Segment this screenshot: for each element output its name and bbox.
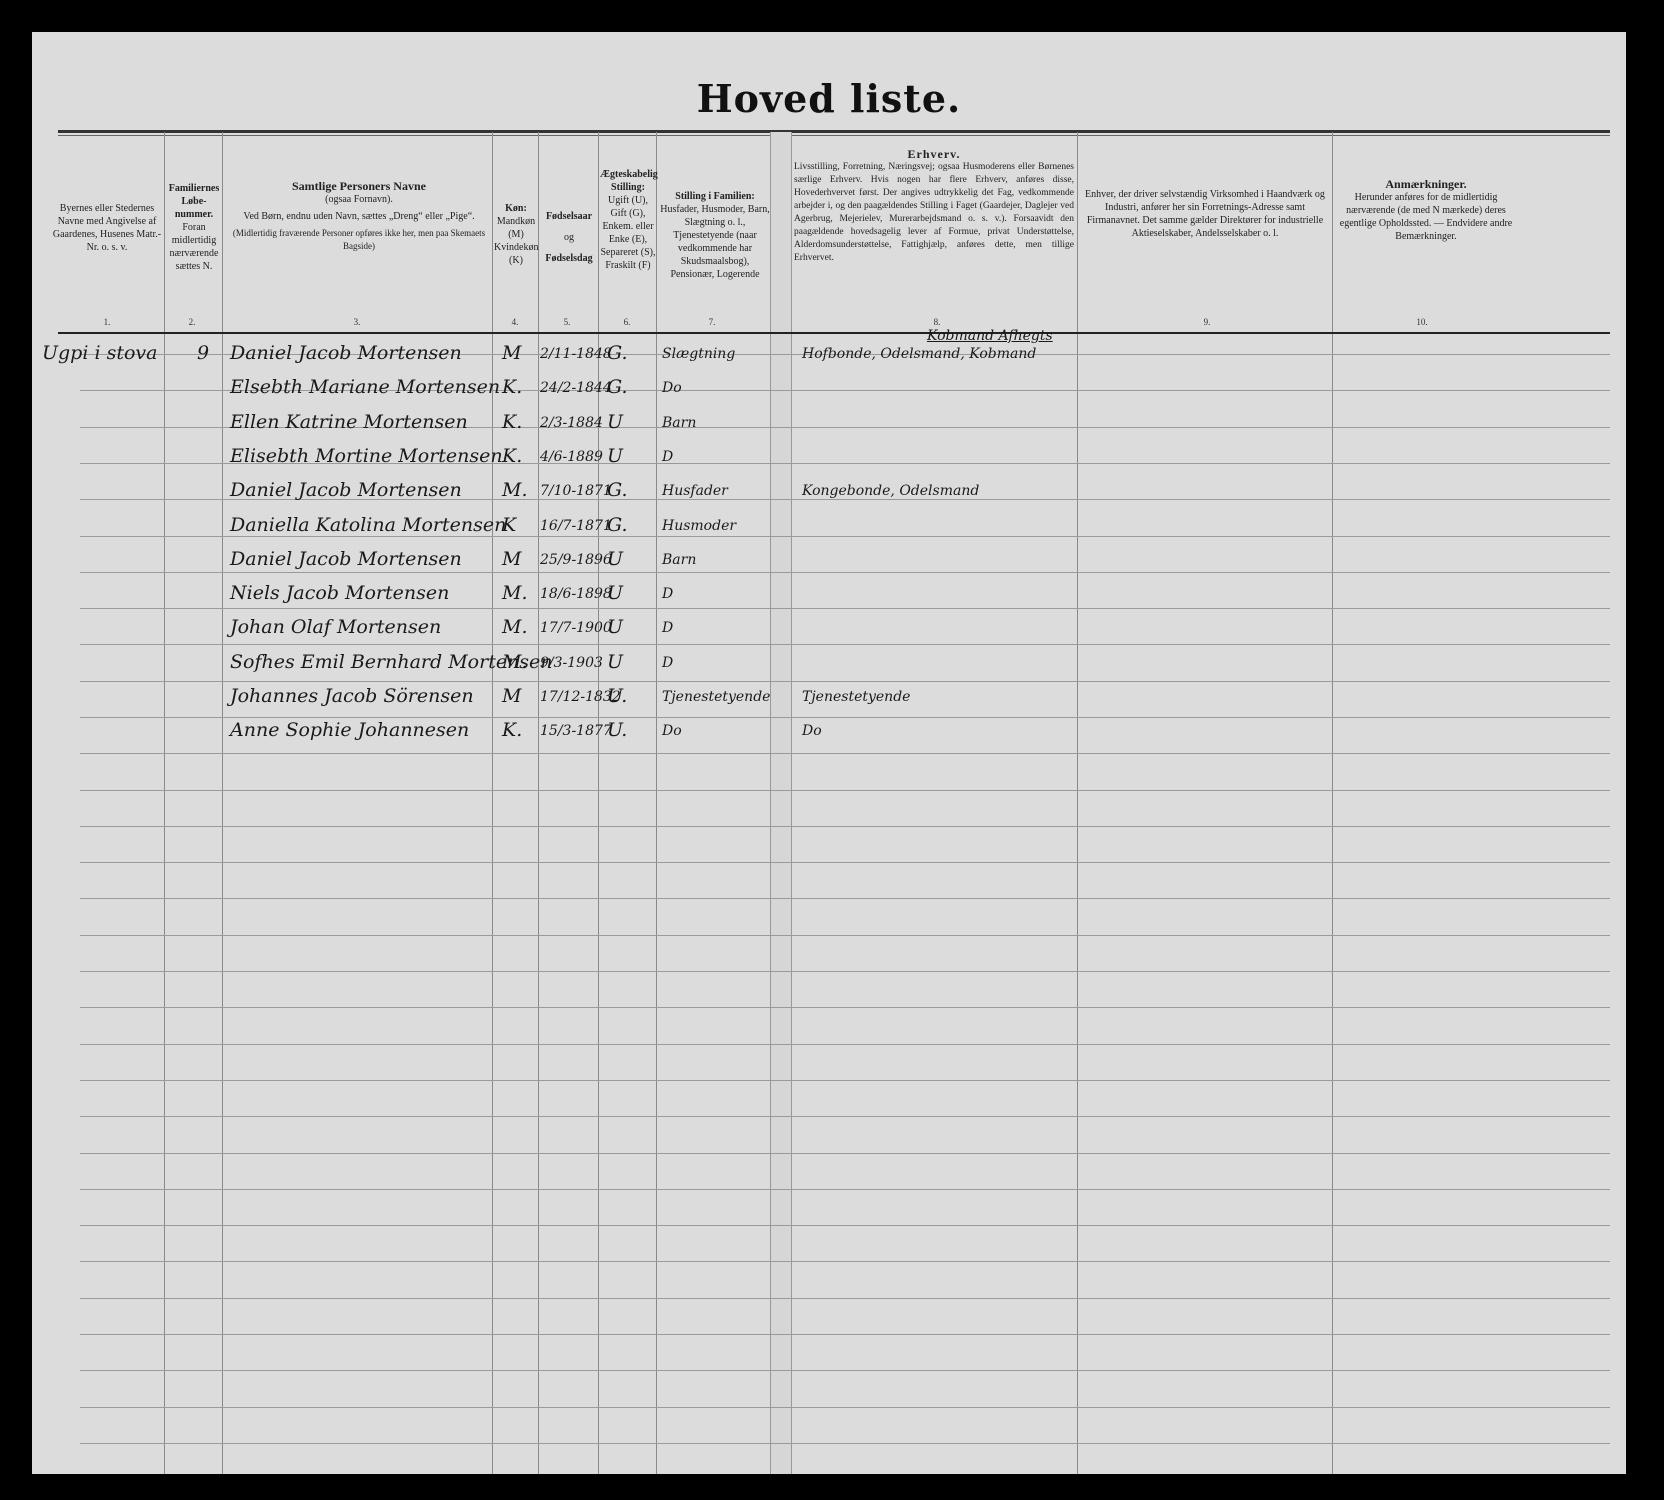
occupation: Tjenestetyende [802,689,910,705]
column-header-10: Anmærkninger. Herunder anføres for de mi… [1336,178,1516,243]
birth-date: 17/7-1900 [540,620,612,636]
sex: K. [502,445,522,467]
marital-status: U [607,445,623,467]
column-number: 7. [697,317,727,327]
row-rule [80,1225,1610,1226]
header-text: Foran midlertidig nærværende sættes N. [166,221,222,273]
sex: K [502,514,516,536]
row-rule [80,681,1610,682]
marital-status: G. [607,479,628,501]
place-name: Ugpi i stova [42,342,157,364]
family-role: D [662,449,673,465]
sex: M. [502,479,528,501]
column-number: 5. [552,317,582,327]
person-name: Daniel Jacob Mortensen [230,342,462,364]
birth-date: 16/7-1871 [540,518,612,534]
column-header-9: Enhver, der driver selvstændig Virksomhe… [1082,188,1328,240]
header-bold: Samtlige Personers Navne [228,180,490,193]
row-rule [80,644,1610,645]
top-rule [58,130,1610,133]
sex: M. [502,651,528,673]
birth-date: 2/11-1848 [540,346,612,362]
person-name: Daniel Jacob Mortensen [230,479,462,501]
row-rule [80,935,1610,936]
person-name: Johannes Jacob Sörensen [230,685,474,707]
column-header-3: Samtlige Personers Navne (ogsaa Fornavn)… [228,180,490,253]
row-rule [80,572,1610,573]
column-number: 9. [1192,317,1222,327]
header-text: Mandkøn (M) Kvindekøn (K) [494,215,538,267]
marital-status: U [607,582,623,604]
header-bold: Ægteskabelig Stilling: [600,168,656,194]
row-rule [80,898,1610,899]
birth-date: 9/3-1903 [540,655,603,671]
row-rule [80,536,1610,537]
occupation: Kongebonde, Odelsmand [802,483,979,499]
row-rule [80,1080,1610,1081]
birth-date: 25/9-1896 [540,552,612,568]
family-role: D [662,655,673,671]
marital-status: U [607,616,623,638]
row-rule [80,608,1610,609]
row-rule [80,971,1610,972]
row-rule [80,1116,1610,1117]
family-role: Tjenestetyende [662,689,770,705]
marital-status: G. [607,342,628,364]
sex: M [502,548,521,570]
header-rule [58,332,1610,334]
column-header-2: Familiernes Løbe-nummer. Foran midlertid… [166,182,222,273]
birth-date: 15/3-1877 [540,723,612,739]
header-text: Ved Børn, endnu uden Navn, sættes „Dreng… [228,210,490,223]
row-rule [80,862,1610,863]
row-rule [80,1298,1610,1299]
birth-date: 2/3-1884 [540,415,603,431]
marital-status: G. [607,514,628,536]
column-number: 3. [342,317,372,327]
header-text: Herunder anføres for de midlertidig nærv… [1336,191,1516,243]
family-role: Do [662,723,682,739]
header-text: Fødselsdag [540,252,598,265]
sex: M. [502,582,528,604]
person-name: Daniella Katolina Mortensen [230,514,506,536]
row-rule [80,790,1610,791]
header-bold: Anmærkninger. [1336,178,1516,191]
header-bold: Stilling i Familien: [658,190,772,203]
person-name: Daniel Jacob Mortensen [230,548,462,570]
birth-date: 4/6-1889 [540,449,603,465]
row-rule [80,1370,1610,1371]
family-role: D [662,620,673,636]
birth-date: 24/2-1844 [540,380,612,396]
person-name: Johan Olaf Mortensen [230,616,441,638]
sex: M. [502,616,528,638]
sex: K. [502,411,522,433]
person-name: Niels Jacob Mortensen [230,582,449,604]
birth-date: 7/10-1871 [540,483,612,499]
column-number: 2. [177,317,207,327]
header-bold: Køn: [494,202,538,215]
column-header-1: Byernes eller Stedernes Navne med Angive… [52,202,162,254]
sex: K. [502,376,522,398]
marital-status: G. [607,376,628,398]
row-rule [80,717,1610,718]
column-number: 4. [500,317,530,327]
column-number: 1. [92,317,122,327]
occupation-annotation: Kobmand Afhegts [927,328,1053,344]
header-text: Husfader, Husmoder, Barn, Slægtning o. l… [658,203,772,281]
occupation: Hofbonde, Odelsmand, Kobmand [802,346,1036,362]
page-title: Hoved liste. [32,76,1626,121]
family-role: Barn [662,415,696,431]
row-rule [80,1007,1610,1008]
sex: K. [502,719,522,741]
top-rule-thin [58,135,1610,136]
family-role: Husfader [662,483,728,499]
marital-status: U [607,651,623,673]
row-rule [80,1153,1610,1154]
column-header-7: Stilling i Familien: Husfader, Husmoder,… [658,190,772,281]
row-rule [80,826,1610,827]
family-role: Slægtning [662,346,735,362]
occupation: Do [802,723,822,739]
column-number: 6. [612,317,642,327]
family-role: Husmoder [662,518,736,534]
person-name: Ellen Katrine Mortensen [230,411,468,433]
sex: M [502,342,521,364]
person-name: Elsebth Mariane Mortensen [230,376,500,398]
column-header-8: Erhverv. Livsstilling, Forretning, Nærin… [794,148,1074,265]
row-rule [80,1334,1610,1335]
row-rule [80,1044,1610,1045]
column-number: 8. [922,317,952,327]
marital-status: U [607,411,623,433]
row-rule [80,753,1610,754]
header-text: Livsstilling, Forretning, Næringsvej; og… [794,161,1074,265]
column-header-5: Fødselsaar og Fødselsdag [540,210,598,265]
family-role: D [662,586,673,602]
row-rule [80,1261,1610,1262]
marital-status: U. [607,685,627,707]
person-name: Elisebth Mortine Mortensen [230,445,503,467]
column-number: 10. [1407,317,1437,327]
family-role: Barn [662,552,696,568]
column-header-6: Ægteskabelig Stilling: Ugift (U), Gift (… [600,168,656,272]
header-bold: Familiernes Løbe-nummer. [166,182,222,221]
row-rule [80,1189,1610,1190]
header-text: (ogsaa Fornavn). [228,193,490,206]
person-name: Anne Sophie Johannesen [230,719,469,741]
marital-status: U. [607,719,627,741]
birth-date: 18/6-1898 [540,586,612,602]
header-text: og [540,231,598,244]
header-bold: Erhverv. [794,148,1074,161]
column-header-4: Køn: Mandkøn (M) Kvindekøn (K) [494,202,538,267]
header-text: Ugift (U), Gift (G), Enkem. eller Enke (… [600,194,656,272]
sex: M [502,685,521,707]
row-rule [80,1407,1610,1408]
row-rule [80,1443,1610,1444]
family-role: Do [662,380,682,396]
header-text: (Midlertidig fraværende Personer opføres… [228,227,490,253]
family-number: 9 [197,342,209,364]
header-bold: Fødselsaar [540,210,598,223]
marital-status: U [607,548,623,570]
census-page: Hoved liste. Byernes eller Stedernes Nav… [32,32,1626,1474]
